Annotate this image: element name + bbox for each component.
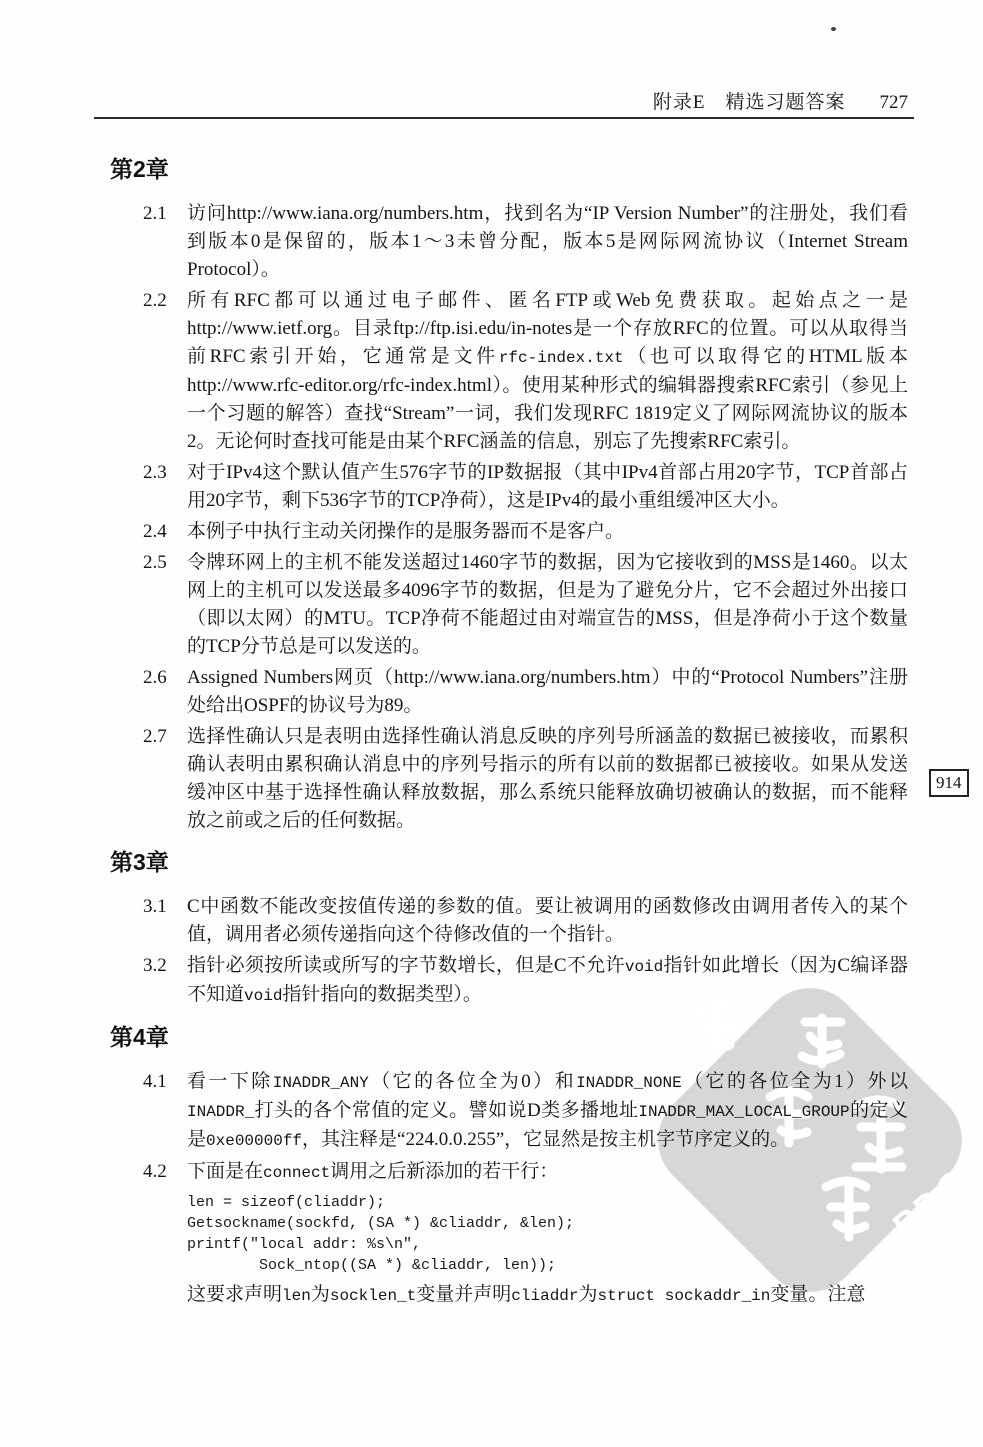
answer-text: 令牌环网上的主机不能发送超过1460字节的数据，因为它接收到的MSS是1460。…: [187, 549, 908, 661]
header-rule: [94, 117, 914, 119]
chapter-4-section: 第4章 4.1 看一下除INADDR_ANY（它的各位全为0）和INADDR_N…: [110, 1022, 908, 1310]
answer-item-3-1: 3.1 C中函数不能改变按值传递的参数的值。要让被调用的函数修改由调用者传入的某…: [143, 893, 908, 949]
answer-number: 4.2: [143, 1158, 187, 1310]
code-block: len = sizeof(cliaddr); Getsockname(sockf…: [187, 1192, 908, 1276]
answer-text: 选择性确认只是表明由选择性确认消息反映的序列号所涵盖的数据已被接收，而累积确认表…: [187, 723, 908, 835]
page-header: 附录E 精选习题答案727: [0, 90, 908, 116]
margin-note-box: 914: [929, 769, 969, 797]
answer-number: 3.1: [143, 893, 187, 949]
answer-number: 2.3: [143, 459, 187, 515]
answer-item-2-6: 2.6 Assigned Numbers网页（http://www.iana.o…: [143, 664, 908, 720]
answer-item-2-2: 2.2 所有RFC都可以通过电子邮件、匿名FTP或Web免费获取。起始点之一是h…: [143, 287, 908, 456]
answer-item-4-2: 4.2 下面是在connect调用之后新添加的若干行： len = sizeof…: [143, 1158, 908, 1310]
answer-number: 2.2: [143, 287, 187, 456]
answer-text: 访问http://www.iana.org/numbers.htm，找到名为“I…: [187, 200, 908, 284]
answer-item-2-5: 2.5 令牌环网上的主机不能发送超过1460字节的数据，因为它接收到的MSS是1…: [143, 549, 908, 661]
answer-item-2-4: 2.4 本例子中执行主动关闭操作的是服务器而不是客户。: [143, 518, 908, 546]
answer-item-2-7: 2.7 选择性确认只是表明由选择性确认消息反映的序列号所涵盖的数据已被接收，而累…: [143, 723, 908, 835]
answer-number: 2.5: [143, 549, 187, 661]
answer-number: 2.4: [143, 518, 187, 546]
answer-text: 所有RFC都可以通过电子邮件、匿名FTP或Web免费获取。起始点之一是http:…: [187, 287, 908, 456]
answer-text: 对于IPv4这个默认值产生576字节的IP数据报（其中IPv4首部占用20字节，…: [187, 459, 908, 515]
answer-text: 下面是在connect调用之后新添加的若干行： len = sizeof(cli…: [187, 1158, 908, 1310]
chapter-heading: 第2章: [110, 154, 908, 184]
answer-text: 指针必须按所读或所写的字节数增长，但是C不允许void指针如此增长（因为C编译器…: [187, 952, 908, 1010]
answer-intro-text: 下面是在connect调用之后新添加的若干行：: [187, 1158, 908, 1187]
running-head: 附录E 精选习题答案: [653, 92, 846, 113]
answer-text: 本例子中执行主动关闭操作的是服务器而不是客户。: [187, 518, 908, 546]
answer-number: 2.1: [143, 200, 187, 284]
scan-speck: [831, 27, 836, 31]
answer-item-4-1: 4.1 看一下除INADDR_ANY（它的各位全为0）和INADDR_NONE（…: [143, 1068, 908, 1155]
answer-number: 2.7: [143, 723, 187, 835]
chapter-heading: 第4章: [110, 1022, 908, 1052]
chapter-2-section: 第2章 2.1 访问http://www.iana.org/numbers.ht…: [110, 154, 908, 835]
answer-item-2-1: 2.1 访问http://www.iana.org/numbers.htm，找到…: [143, 200, 908, 284]
chapter-3-section: 第3章 3.1 C中函数不能改变按值传递的参数的值。要让被调用的函数修改由调用者…: [110, 847, 908, 1010]
answer-item-3-2: 3.2 指针必须按所读或所写的字节数增长，但是C不允许void指针如此增长（因为…: [143, 952, 908, 1010]
answer-number: 3.2: [143, 952, 187, 1010]
book-page: 附录E 精选习题答案727 PDG 914 第2章 2.1 访问http://w…: [0, 0, 983, 1447]
answer-number: 2.6: [143, 664, 187, 720]
answer-text: 看一下除INADDR_ANY（它的各位全为0）和INADDR_NONE（它的各位…: [187, 1068, 908, 1155]
answer-item-2-3: 2.3 对于IPv4这个默认值产生576字节的IP数据报（其中IPv4首部占用2…: [143, 459, 908, 515]
answers-content: 第2章 2.1 访问http://www.iana.org/numbers.ht…: [110, 140, 908, 1313]
answer-text: Assigned Numbers网页（http://www.iana.org/n…: [187, 664, 908, 720]
answer-text: C中函数不能改变按值传递的参数的值。要让被调用的函数修改由调用者传入的某个值，调…: [187, 893, 908, 949]
chapter-heading: 第3章: [110, 847, 908, 877]
answer-after-text: 这要求声明len为socklen_t变量并声明cliaddr为struct so…: [187, 1281, 908, 1310]
answer-number: 4.1: [143, 1068, 187, 1155]
page-number: 727: [880, 90, 909, 116]
